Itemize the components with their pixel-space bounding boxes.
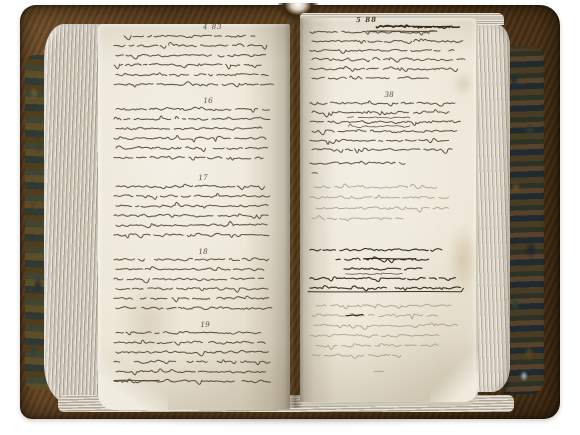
- folio-number-left: 4 83: [203, 23, 223, 31]
- folio-number-right: 5 88: [356, 15, 377, 24]
- marbled-edge-right: [504, 46, 544, 394]
- paper-stain: [448, 66, 478, 102]
- paper-stain: [438, 210, 480, 310]
- gutter-fold: [284, 18, 304, 408]
- manuscript-photo: 16171819 38 4 83 5 88: [0, 0, 580, 435]
- worn-corner: [98, 352, 168, 410]
- worn-corner: [430, 352, 478, 402]
